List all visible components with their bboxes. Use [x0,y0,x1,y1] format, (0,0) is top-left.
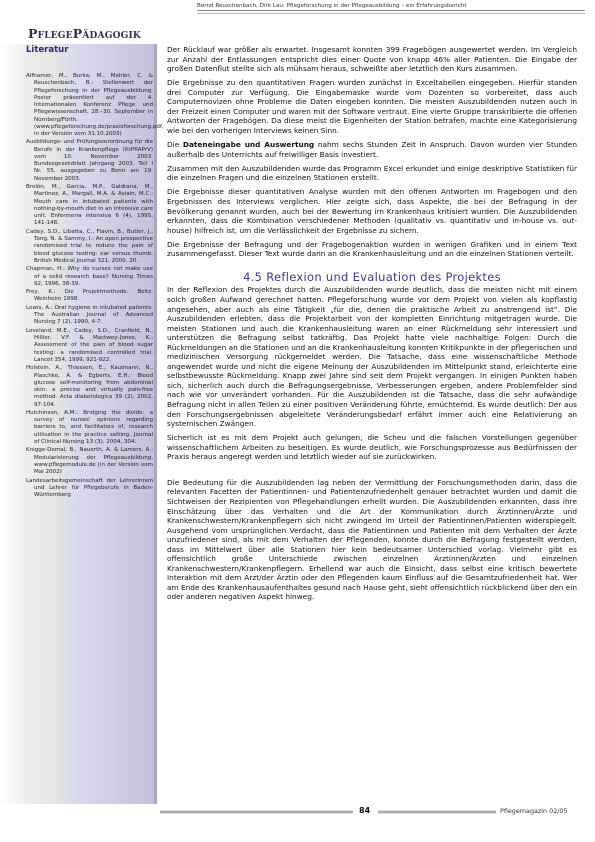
paragraph-with-bold: Die Dateneingabe und Auswertung nahm sec… [167,140,577,159]
journal-title: PflegePädagogik [28,26,158,41]
reference-item: Hutchinson, A.M.: Bridging the divide: a… [26,410,153,446]
reference-item: Alfhamer, M., Burka, M., Mahler, C. & Re… [26,73,153,138]
paragraph: Die Bedeutung für die Auszubildenden lag… [167,478,577,602]
reference-item: Cadey, S.D., Libetta, C., Flavin, B., Bu… [26,229,153,265]
reference-list: Alfhamer, M., Burka, M., Mahler, C. & Re… [26,73,153,501]
reference-item: Loveland, M.E., Cadey, S.D., Cranfield, … [26,328,153,364]
reference-item: Holstein, A., Thiessen, E., Kaulmann, N.… [26,365,153,409]
sidebar-edge [154,44,157,804]
section-label: Literatur [26,45,68,55]
paragraph: In der Reflexion des Projektes durch die… [167,285,577,428]
sidebar-fade [0,44,24,804]
footer-rule-right [378,810,496,814]
bold-phrase: Dateneingabe und Auswertung [183,140,314,149]
section-heading: 4.5 Reflexion und Evaluation des Projekt… [167,273,577,283]
paragraph: Die Ergebnisse der Befragung und der Fra… [167,240,577,259]
reference-item: Ausbildungs- und Prüfungsverordnung für … [26,139,153,183]
paragraph: Sicherlich ist es mit dem Projekt auch g… [167,433,577,462]
paragraph: Die Ergebnisse zu den quantitativen Frag… [167,78,577,135]
paragraph: Die Ergebnisse dieser quantitativen Anal… [167,187,577,235]
footer-rule-left [160,810,353,814]
reference-item: Knigge-Demal, B., Nauerth, A. & Lamers, … [26,447,153,476]
issue-label: Pflegemagazin 02/05 [500,807,568,815]
running-head: Bernd Reuschenbach, Dirk Lau: Pflegefors… [197,3,585,11]
reference-item: Chapman, H.: Why do nurses not make use … [26,266,153,288]
paragraph: Der Rücklauf war größer als erwartet. In… [167,45,577,74]
page-number: 84 [359,806,370,815]
reference-item: Brelón, M., Garcia, M.P., Galdrana, M., … [26,184,153,228]
reference-item: Landesarbeitsgemeinschaft der Lehrerinne… [26,478,153,500]
article-body: Der Rücklauf war größer als erwartet. In… [167,45,577,607]
paragraph-prefix: Die [167,140,183,149]
reference-item: Frey, K.: Die Projektmethode. Beltz, Wei… [26,289,153,304]
running-head-divider [197,13,585,14]
paragraph: Zusammen mit den Auszubildenden wurde da… [167,164,577,183]
reference-item: Lewis, A.: Oral hygiene in intubated pat… [26,305,153,327]
